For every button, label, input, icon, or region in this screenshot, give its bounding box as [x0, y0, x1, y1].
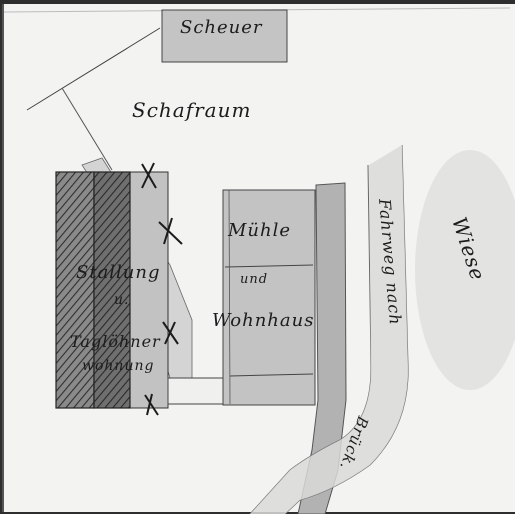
label-mill: Mühle [228, 220, 291, 241]
label-barn: Scheuer [180, 17, 263, 38]
courtyard-connector [168, 378, 230, 404]
label-stable-4: wohnung [82, 358, 154, 374]
site-plan-drawing [0, 0, 515, 514]
label-stable-3: Taglöhner [70, 332, 161, 351]
label-sheep-area: Schafraum [132, 98, 251, 122]
label-stable-2: u. [114, 292, 129, 308]
boundary-line [62, 88, 112, 170]
label-stable-1: Stallung [76, 262, 161, 283]
label-and: und [240, 272, 268, 287]
label-house: Wohnhaus [212, 310, 314, 331]
